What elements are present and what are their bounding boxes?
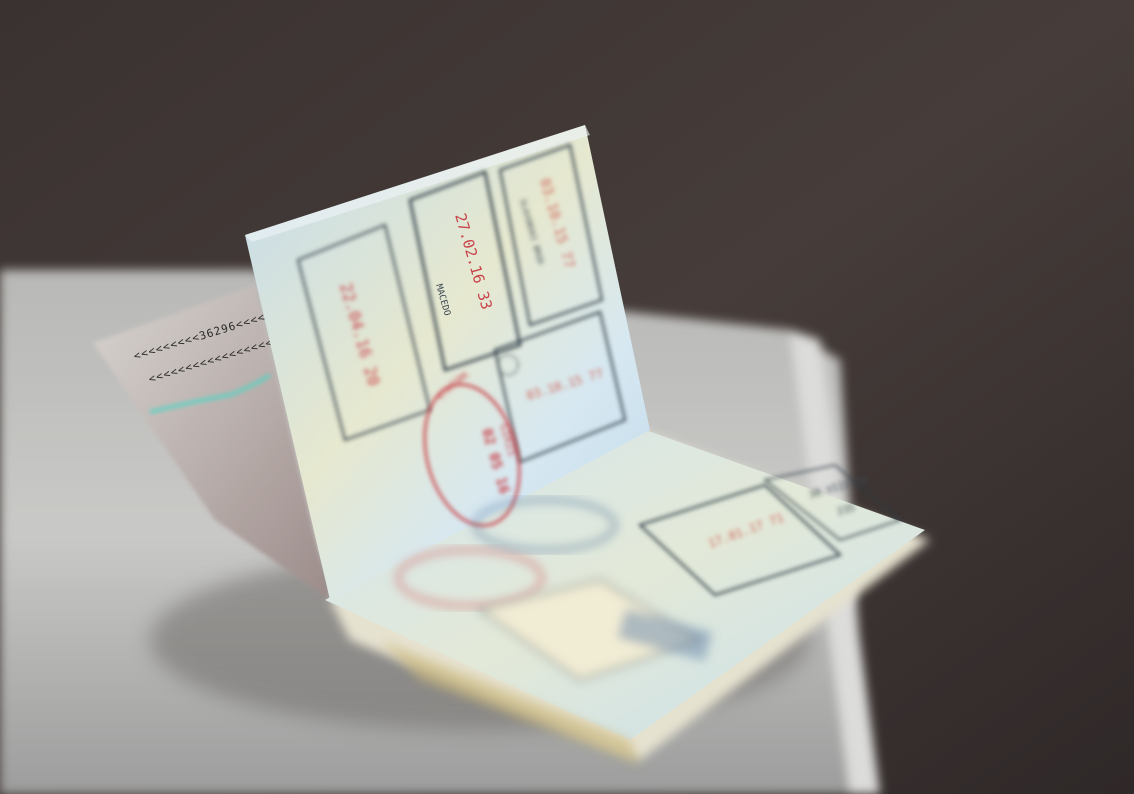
passport-photo: <<<<<<<<<36296<<<<<<<<<<<<<<80 <<<<<<<<<…	[0, 0, 1134, 794]
